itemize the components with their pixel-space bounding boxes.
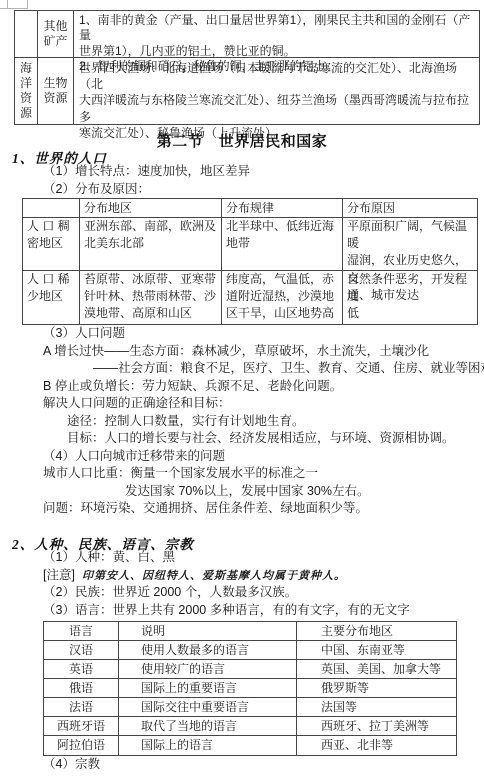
- text-line: B 停止或负增长：劳力短缺、兵源不足、老龄化问题。: [0, 378, 484, 396]
- table-cell: 俄语: [44, 679, 119, 697]
- table-cell-other-minerals: 其他 矿产: [38, 11, 74, 57]
- table-cell: 纬度高，气温低，赤 道附近湿热，沙漠地 区干旱，山区地势高: [222, 271, 343, 324]
- text-line: （4）人口向城市迁移带来的问题: [0, 448, 484, 466]
- table-header-row: 语言 说明 主要分布地区: [44, 622, 456, 641]
- text-line: （2）分布及原因：: [0, 181, 484, 199]
- table-cell-fisheries-content: 世界四大渔场：北海道渔场（日本暖流与千岛寒流的交汇处）、北海渔场（北 大西洋暖流…: [74, 58, 479, 124]
- table-cell: 西班牙语: [44, 717, 119, 735]
- table-cell-minerals-content: 1、南非的黄金（产量、出口量居世界第1），刚果民主共和国的金刚石（产量 世界第1…: [74, 11, 479, 57]
- text-line: ——社会方面：粮食不足，医疗、卫生、教育、交通、住房、就业等困难。: [0, 360, 484, 378]
- table-cell: 人 口 稠 密地区: [23, 218, 80, 270]
- table-cell: 自然条件恶劣，开发程度 低: [343, 271, 477, 324]
- table-cell: 西亚、北非等: [297, 736, 456, 755]
- text-line: （3）人口问题: [0, 325, 484, 343]
- table-header-row: 分布地区 分布规律 分布原因: [23, 199, 477, 218]
- document-page: 其他 矿产 1、南非的黄金（产量、出口量居世界第1），刚果民主共和国的金刚石（产…: [0, 0, 484, 777]
- table-row-french: 法语 国际交往中重要语言 法国等: [44, 698, 456, 717]
- table-cell: 亚洲东部、南部，欧洲及 北美东北部: [80, 218, 222, 270]
- table-header-cell: 分布原因: [343, 199, 477, 217]
- table-row-arabic: 阿拉伯语 国际上的语言 西亚、北非等: [44, 736, 456, 755]
- text-line: （4）宗教: [0, 756, 484, 774]
- table-cell: 法国等: [297, 698, 456, 716]
- text-line: 问题：环境污染、交通拥挤、居住条件差、绿地面积少等。: [0, 500, 484, 518]
- table-cell: 人 口 稀 少地区: [23, 271, 80, 324]
- table-row-spanish: 西班牙语 取代了当地的语言 西班牙、拉丁美洲等: [44, 717, 456, 736]
- table-cell: 国际上的重要语言: [119, 679, 297, 697]
- text-line: 途径：控制人口数量，实行有计划地生育。: [0, 413, 484, 431]
- table-header-cell: 主要分布地区: [297, 622, 456, 640]
- table-cell: 平原面积广阔，气候温暖 湿润，农业历史悠久，交 通、城市发达: [343, 218, 477, 270]
- text-line: 解决人口问题的正确途径和目标：: [0, 395, 484, 413]
- table-cell: 俄罗斯等: [297, 679, 456, 697]
- text-line: A 增长过快——生态方面：森林减少，草原破坏，水土流失，土壤沙化: [0, 343, 484, 361]
- table-cell-biological-resources: 生物 资源: [38, 58, 74, 124]
- table-cell: 国际交往中重要语言: [119, 698, 297, 716]
- table-cell: 使用人数最多的语言: [119, 641, 297, 659]
- table-cell: 英语: [44, 660, 119, 678]
- note-label: [注意]: [43, 568, 75, 582]
- table-cell: 阿拉伯语: [44, 736, 119, 755]
- resource-table: 其他 矿产 1、南非的黄金（产量、出口量居世界第1），刚果民主共和国的金刚石（产…: [14, 10, 480, 125]
- table-cell: 北半球中、低纬近海 地带: [222, 218, 343, 270]
- population-intro-block: （1）增长特点：速度加快，地区差异 （2）分布及原因：: [0, 163, 484, 198]
- language-table: 语言 说明 主要分布地区 汉语 使用人数最多的语言 中国、东南亚等 英语 使用较…: [43, 621, 457, 756]
- table-header-cell: 语言: [44, 622, 119, 640]
- population-issues-block: （3）人口问题 A 增长过快——生态方面：森林减少，草原破坏，水土流失，土壤沙化…: [0, 325, 484, 518]
- table-cell: 英国、美国、加拿大等: [297, 660, 456, 678]
- table-row: 海 洋 资 源 生物 资源 世界四大渔场：北海道渔场（日本暖流与千岛寒流的交汇处…: [15, 58, 479, 124]
- table-header-cell: 分布地区: [80, 199, 222, 217]
- table-cell-marine-resources: 海 洋 资 源: [15, 58, 38, 124]
- table-header-cell: [23, 199, 80, 217]
- table-row-dense-population: 人 口 稠 密地区 亚洲东部、南部，欧洲及 北美东北部 北半球中、低纬近海 地带…: [23, 218, 477, 271]
- table-cell: 使用较广的语言: [119, 660, 297, 678]
- table-cell: 取代了当地的语言: [119, 717, 297, 735]
- table-cell: 中国、东南亚等: [297, 641, 456, 659]
- table-cell: 国际上的语言: [119, 736, 297, 755]
- religion-section-line: （4）宗教: [0, 756, 484, 774]
- text-line: 城市人口比重：衡量一个国家发展水平的标准之一: [0, 465, 484, 483]
- text-line: （3）语言：世界上共有 2000 多种语言，有的有文字，有的无文字: [0, 602, 484, 620]
- note-text: 印第安人、因纽特人、爱斯基摩人均属于黄种人。: [82, 570, 346, 582]
- text-line: （1）人种：黄、白、黑: [0, 549, 484, 567]
- table-row-chinese: 汉语 使用人数最多的语言 中国、东南亚等: [44, 641, 456, 660]
- ethnic-language-block: （1）人种：黄、白、黑 [注意]印第安人、因纽特人、爱斯基摩人均属于黄种人。 （…: [0, 549, 484, 619]
- note-line: [注意]印第安人、因纽特人、爱斯基摩人均属于黄种人。: [0, 567, 484, 585]
- table-cell: 苔原带、冰原带、亚寒带 针叶林、热带雨林带、沙 漠地带、高原和山区: [80, 271, 222, 324]
- table-row: 其他 矿产 1、南非的黄金（产量、出口量居世界第1），刚果民主共和国的金刚石（产…: [15, 11, 479, 58]
- population-table: 分布地区 分布规律 分布原因 人 口 稠 密地区 亚洲东部、南部，欧洲及 北美东…: [22, 198, 478, 325]
- table-header-cell: 分布规律: [222, 199, 343, 217]
- cropped-table-fragment-line: [0, 8, 28, 9]
- table-cell: 西班牙、拉丁美洲等: [297, 717, 456, 735]
- table-row-english: 英语 使用较广的语言 英国、美国、加拿大等: [44, 660, 456, 679]
- table-header-cell: 说明: [119, 622, 297, 640]
- text-line: （1）增长特点：速度加快，地区差异: [0, 163, 484, 181]
- text-line: 发达国家 70%以上，发展中国家 30%左右。: [0, 483, 484, 501]
- text-line: （2）民族：世界近 2000 个，人数最多汉族。: [0, 584, 484, 602]
- text-line: 目标：人口的增长要与社会、经济发展相适应，与环境、资源相协调。: [0, 430, 484, 448]
- table-cell-empty: [15, 11, 38, 57]
- table-cell: 汉语: [44, 641, 119, 659]
- cropped-table-fragment-line: [7, 0, 8, 8]
- table-cell: 法语: [44, 698, 119, 716]
- table-row-sparse-population: 人 口 稀 少地区 苔原带、冰原带、亚寒带 针叶林、热带雨林带、沙 漠地带、高原…: [23, 271, 477, 324]
- cropped-table-fragment-line: [27, 0, 28, 8]
- table-row-russian: 俄语 国际上的重要语言 俄罗斯等: [44, 679, 456, 698]
